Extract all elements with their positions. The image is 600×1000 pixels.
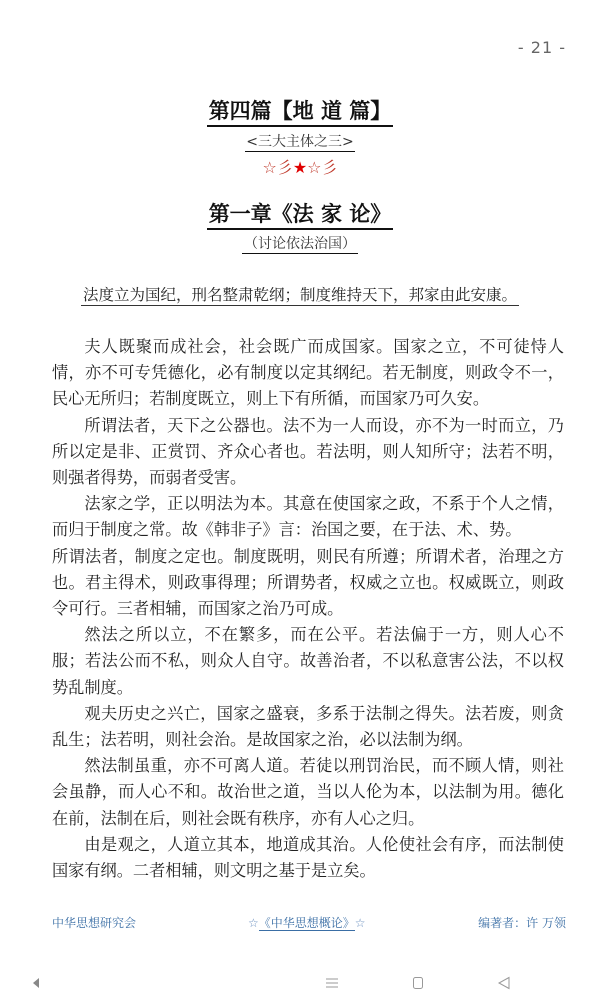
body-text: 夫人既聚而成社会，社会既广而成国家。国家之立，不可徒恃人情，亦不可专凭德化，必有… [52,334,564,884]
paragraph: 然法之所以立，不在繁多，而在公平。若法偏于一方，则人心不服；若法公而不私，则众人… [52,622,564,701]
star-outline-icon: ☆彡 [262,158,292,177]
paragraph: 由是观之，人道立其本，地道成其治。人伦使社会有序，而法制使国家有纲。二者相辅，则… [52,832,564,884]
home-icon [412,976,424,990]
star-outline-icon: ☆彡 [307,158,337,177]
back-button[interactable] [494,973,514,993]
footer-book-title: ☆《中华思想概论》☆ [248,914,366,931]
part-subtitle: <三大主体之三> [245,133,354,152]
footer-author: 编著者：许 万领 [478,914,566,931]
part-title-wrap: 第四篇【地 道 篇】 [0,98,600,127]
chapter-subtitle: （讨论依法治国） [242,235,358,254]
footer-publisher: 中华思想研究会 [52,914,136,931]
chapter-title-wrap: 第一章《法 家 论》 [0,201,600,230]
star-outline-icon: ☆ [355,916,366,930]
chapter-title: 第一章《法 家 论》 [207,201,394,230]
chapter-motto: 法度立为国纪，刑名整肃乾纲；制度维持天下，邦家由此安康。 [81,285,519,306]
paragraph: 夫人既聚而成社会，社会既广而成国家。国家之立，不可徒恃人情，亦不可专凭德化，必有… [52,334,564,413]
star-ornament: ☆彡★☆彡 [0,155,600,178]
part-subtitle-wrap: <三大主体之三> [0,131,600,152]
chapter-subtitle-wrap: （讨论依法治国） [0,233,600,254]
paragraph: 然法制虽重，亦不可离人道。若徒以刑罚治民，而不顾人情，则社会虽静，而人心不和。故… [52,753,564,832]
paragraph: 法家之学，正以明法为本。其意在使国家之政，不系于个人之情，而归于制度之常。故《韩… [52,491,564,543]
page-number: - 21 - [518,38,566,57]
motto-wrap: 法度立为国纪，刑名整肃乾纲；制度维持天下，邦家由此安康。 [0,285,600,306]
menu-icon [325,976,339,990]
paragraph: 观夫历史之兴亡，国家之盛衰，多系于法制之得失。法若废，则贪乱生；法若明，则社会治… [52,701,564,753]
back-icon [497,976,511,990]
footer-book-link: 《中华思想概论》 [259,916,355,931]
star-solid-icon: ★ [293,158,307,177]
volume-icon [31,977,41,989]
paragraph: 所谓法者，天下之公器也。法不为一人而设，亦不为一时而立，乃所以定是非、正赏罚、齐… [52,413,564,492]
system-navbar [0,965,600,1000]
star-outline-icon: ☆ [248,916,259,930]
page-footer: 中华思想研究会 ☆《中华思想概论》☆ 编著者：许 万领 [52,914,566,932]
volume-button[interactable] [26,973,46,993]
home-button[interactable] [408,973,428,993]
menu-button[interactable] [322,973,342,993]
paragraph: 所谓法者，制度之定也。制度既明，则民有所遵；所谓术者，治理之方也。君主得术，则政… [52,544,564,623]
part-title: 第四篇【地 道 篇】 [207,98,394,127]
